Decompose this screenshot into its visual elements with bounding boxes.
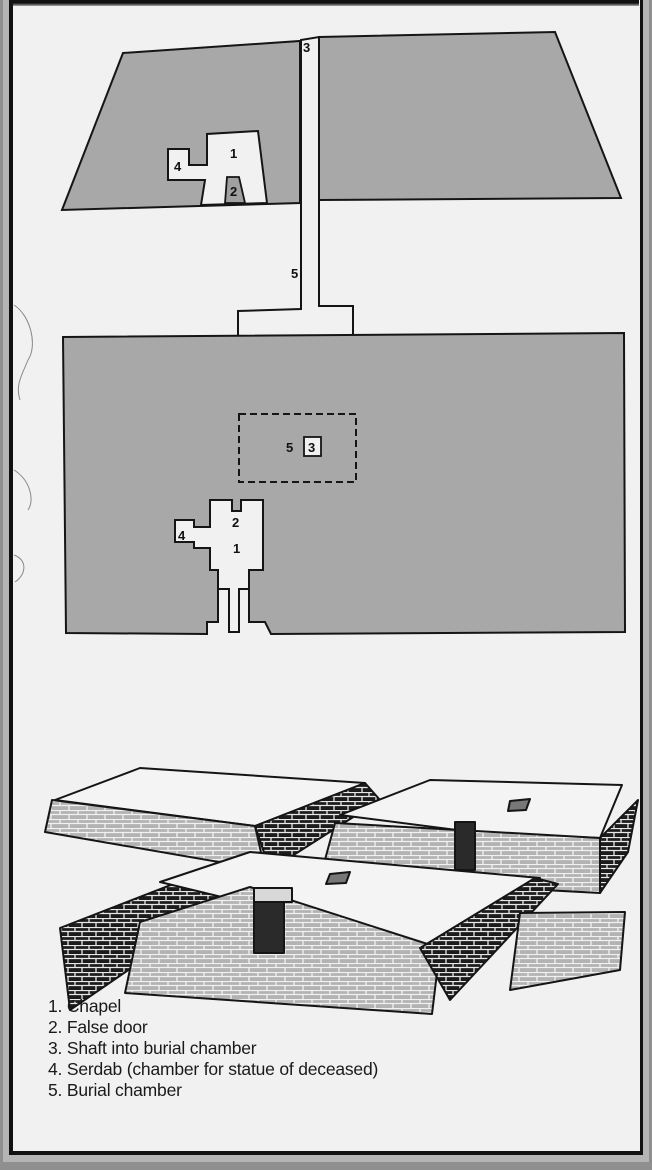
legend-item-shaft: 3. Shaft into burial chamber <box>48 1038 378 1059</box>
plan-label-burial-chamber: 5 <box>286 440 293 455</box>
section-label-chapel: 1 <box>230 146 237 161</box>
section-label-shaft: 3 <box>303 40 310 55</box>
front-roof-shaft <box>326 872 350 884</box>
mastaba-plan <box>63 333 625 634</box>
legend-item-false-door: 2. False door <box>48 1017 378 1038</box>
front-doorway-lintel <box>254 888 292 902</box>
plan-label-shaft: 3 <box>308 440 315 455</box>
legend: 1. Chapel 2. False door 3. Shaft into bu… <box>48 996 378 1101</box>
section-label-serdab: 4 <box>174 159 182 174</box>
plan-label-chapel: 1 <box>233 541 240 556</box>
plan-view: 5 3 2 1 4 <box>63 333 625 634</box>
back-right-roof-shaft <box>508 799 530 811</box>
section-label-false-door: 2 <box>230 184 237 199</box>
margin-doodles <box>14 305 32 582</box>
diagram-canvas: 1 2 3 4 5 5 3 2 1 4 <box>0 0 652 1170</box>
legend-item-chapel: 1. Chapel <box>48 996 378 1017</box>
front-right-block <box>510 912 625 990</box>
mastaba-right-half <box>319 32 621 200</box>
back-right-doorway <box>455 822 475 870</box>
plan-label-false-door: 2 <box>232 515 239 530</box>
legend-item-burial-chamber: 5. Burial chamber <box>48 1080 378 1101</box>
section-view: 1 2 3 4 5 <box>62 32 621 370</box>
plan-label-serdab: 4 <box>178 528 186 543</box>
section-label-burial-chamber: 5 <box>291 266 298 281</box>
legend-item-serdab: 4. Serdab (chamber for statue of decease… <box>48 1059 378 1080</box>
perspective-view <box>45 768 638 1014</box>
